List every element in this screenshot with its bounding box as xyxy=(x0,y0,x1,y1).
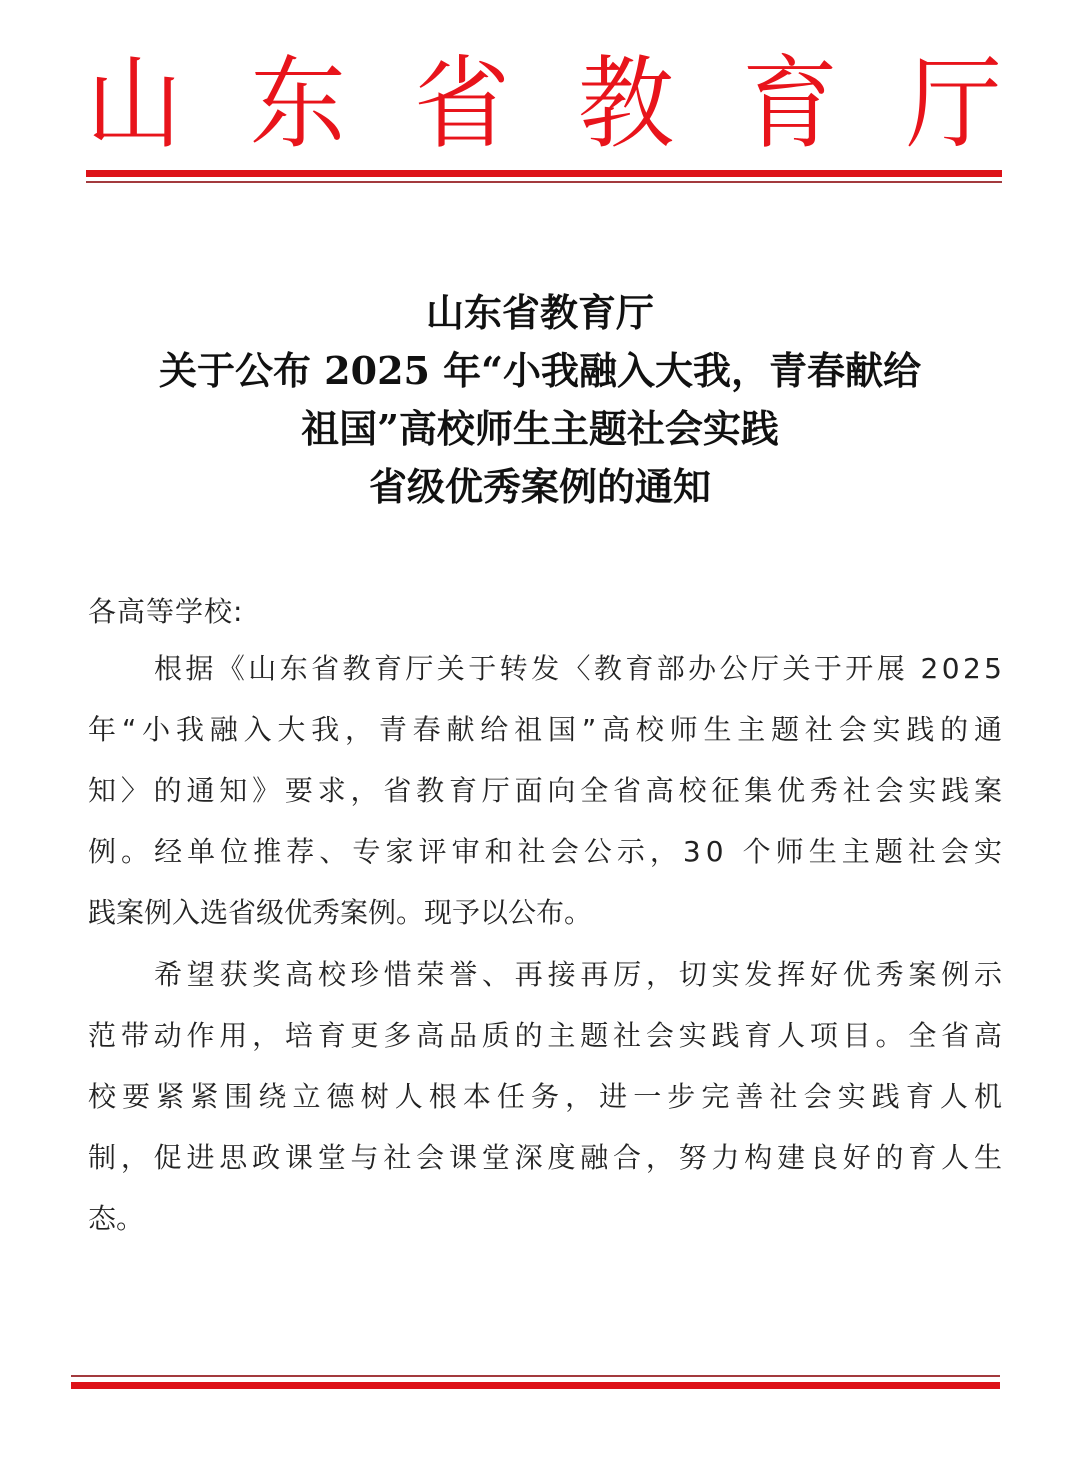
masthead-char: 东 xyxy=(250,49,346,159)
line-text: 知〉的通知》要求，省教育厅面向全省高校征集优秀社会实践案 xyxy=(88,760,1007,821)
line-text: 根据《山东省教育厅关于转发〈教育部办公厅关于开展 2025 xyxy=(154,638,1005,699)
footer-rule-thick xyxy=(71,1382,1000,1389)
title-line: 关于公布 2025 年“小我融入大我，青春献给 xyxy=(60,342,1020,400)
line-text: 制，促进思政课堂与社会课堂深度融合，努力构建良好的育人生 xyxy=(88,1127,1007,1188)
masthead-char: 省 xyxy=(414,49,510,159)
text-line: 例。经单位推荐、专家评审和社会公示，30 个师生主题社会实 xyxy=(88,821,1002,882)
line-text: 例。经单位推荐、专家评审和社会公示，30 个师生主题社会实 xyxy=(88,821,1007,882)
line-text: 范带动作用，培育更多高品质的主题社会实践育人项目。全省高 xyxy=(88,1005,1007,1066)
header-rule-thick xyxy=(86,170,1002,177)
text-line: 态。 xyxy=(88,1188,1002,1249)
masthead-char: 山 xyxy=(86,49,182,159)
title-line: 省级优秀案例的通知 xyxy=(60,458,1020,516)
line-text: 态。 xyxy=(88,1188,144,1249)
text-line: 年“小我融入大我，青春献给祖国”高校师生主题社会实践的通 xyxy=(88,699,1002,760)
text-line: 践案例入选省级优秀案例。现予以公布。 xyxy=(88,882,1002,943)
header-rule-thin xyxy=(86,181,1002,183)
text-line: 希望获奖高校珍惜荣誉、再接再厉，切实发挥好优秀案例示 xyxy=(88,944,1002,1005)
paragraph-1: 根据《山东省教育厅关于转发〈教育部办公厅关于开展 2025 年“小我融入大我，青… xyxy=(88,638,1002,943)
line-text: 践案例入选省级优秀案例。现予以公布。 xyxy=(88,882,592,943)
paragraph-2: 希望获奖高校珍惜荣誉、再接再厉，切实发挥好优秀案例示 范带动作用，培育更多高品质… xyxy=(88,944,1002,1249)
masthead-title: 山 东 省 教 育 厅 xyxy=(86,52,1002,157)
masthead-char: 厅 xyxy=(906,49,1002,159)
text-line: 制，促进思政课堂与社会课堂深度融合，努力构建良好的育人生 xyxy=(88,1127,1002,1188)
footer-rule-thin xyxy=(71,1375,1000,1377)
text-line: 根据《山东省教育厅关于转发〈教育部办公厅关于开展 2025 xyxy=(88,638,1002,699)
title-line-issuer: 山东省教育厅 xyxy=(60,284,1020,342)
document-title: 山东省教育厅 关于公布 2025 年“小我融入大我，青春献给 祖国”高校师生主题… xyxy=(60,284,1020,516)
line-text: 校要紧紧围绕立德树人根本任务，进一步完善社会实践育人机 xyxy=(88,1066,1008,1127)
text-line: 校要紧紧围绕立德树人根本任务，进一步完善社会实践育人机 xyxy=(88,1066,1002,1127)
text-line: 范带动作用，培育更多高品质的主题社会实践育人项目。全省高 xyxy=(88,1005,1002,1066)
salutation: 各高等学校: xyxy=(88,592,243,632)
title-line: 祖国”高校师生主题社会实践 xyxy=(60,400,1020,458)
line-text: 希望获奖高校珍惜荣誉、再接再厉，切实发挥好优秀案例示 xyxy=(154,944,1007,1005)
text-line: 知〉的通知》要求，省教育厅面向全省高校征集优秀社会实践案 xyxy=(88,760,1002,821)
masthead-char: 教 xyxy=(578,49,674,159)
line-text: 年“小我融入大我，青春献给祖国”高校师生主题社会实践的通 xyxy=(88,699,1008,760)
masthead-char: 育 xyxy=(742,49,838,159)
